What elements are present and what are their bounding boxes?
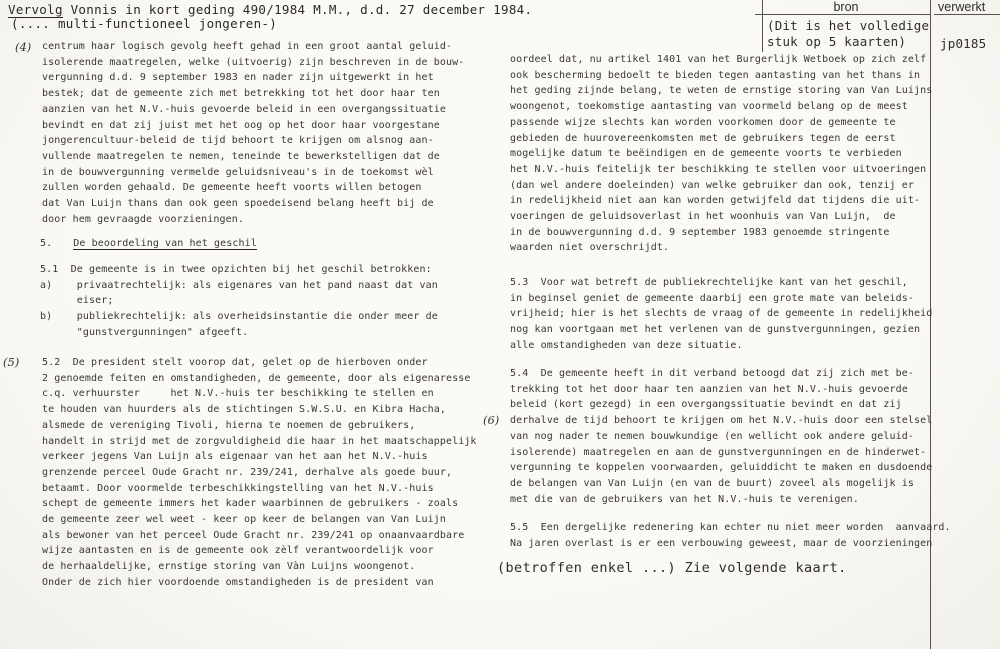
paragraph-5-1: 5.1 De gemeente is in twee opzichten bij…	[40, 262, 438, 341]
bron-header-underline	[755, 14, 930, 15]
closing-note: (betroffen enkel ...) Zie volgende kaart…	[497, 560, 847, 576]
section-5-heading: 5.De beoordeling van het geschil	[40, 236, 257, 252]
verwerkt-code: jp0185	[940, 36, 986, 52]
paragraph-4: centrum haar logisch gevolg heeft gehad …	[42, 39, 464, 227]
bron-column-label: bron	[762, 0, 930, 14]
paragraph-5-4: 5.4 De gemeente heeft in dit verband bet…	[510, 366, 932, 507]
stamp-note: (Dit is het volledige stuk op 5 kaarten)	[767, 18, 929, 50]
document-title: Vervolg Vonnis in kort geding 490/1984 M…	[8, 2, 532, 17]
section-5-number: 5.	[40, 236, 52, 252]
document-subtitle: (.... multi-functioneel jongeren-)	[11, 16, 277, 31]
verwerkt-header-underline	[934, 14, 1000, 15]
verwerkt-column-label: verwerkt	[938, 0, 985, 14]
paragraph-5-2: 5.2 De president stelt voorop dat, gelet…	[42, 355, 477, 591]
margin-annotation-4: (4)	[15, 40, 31, 54]
paragraph-oordeel: oordeel dat, nu artikel 1401 van het Bur…	[510, 52, 932, 256]
paragraph-5-3: 5.3 Voor wat betreft de publiekrechtelij…	[510, 275, 932, 354]
section-5-title: De beoordeling van het geschil	[73, 238, 257, 250]
paragraph-5-5: 5.5 Een dergelijke redenering kan echter…	[510, 520, 951, 551]
document-title-rest: Vonnis in kort geding 490/1984 M.M., d.d…	[63, 2, 533, 17]
margin-annotation-6: (6)	[483, 413, 499, 427]
margin-annotation-5: (5)	[3, 355, 19, 369]
scanned-card: Vervolg Vonnis in kort geding 490/1984 M…	[0, 0, 1000, 649]
